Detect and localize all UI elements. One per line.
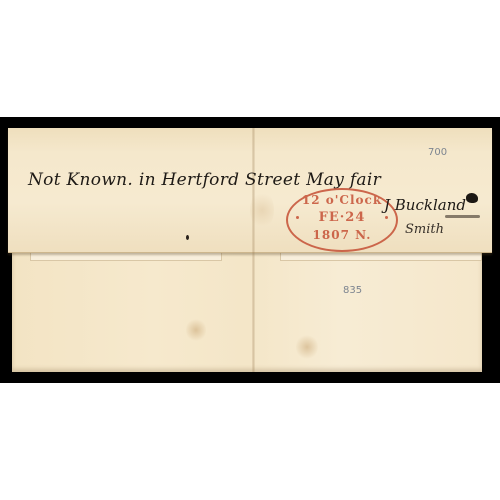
ink-stroke (445, 215, 480, 218)
inner-sheet-edge-left (30, 252, 222, 261)
signature-line-2: Smith (405, 222, 444, 237)
ink-blot (466, 193, 478, 203)
postmark-date: FE·24 (288, 211, 396, 224)
postmark: 12 o'Clock FE·24 1807 N. (286, 188, 398, 252)
signature-line-1: J Buckland (384, 196, 466, 214)
ink-spot (186, 235, 189, 240)
endorsement-text: Not Known. in Hertford Street May fair (28, 170, 381, 190)
foxing-stain (296, 334, 318, 360)
letter-lower-panel (12, 250, 482, 372)
inner-sheet-edge-right (280, 252, 482, 261)
foxing-stain (186, 318, 206, 342)
postmark-dot (385, 216, 388, 219)
pencil-note-top: 700 (428, 147, 447, 158)
vertical-fold-line (252, 128, 255, 372)
foxing-stain (250, 190, 274, 230)
postmark-time: 12 o'Clock (288, 194, 396, 206)
postmark-year: 1807 N. (288, 229, 396, 241)
pencil-note-middle: 835 (343, 285, 362, 296)
